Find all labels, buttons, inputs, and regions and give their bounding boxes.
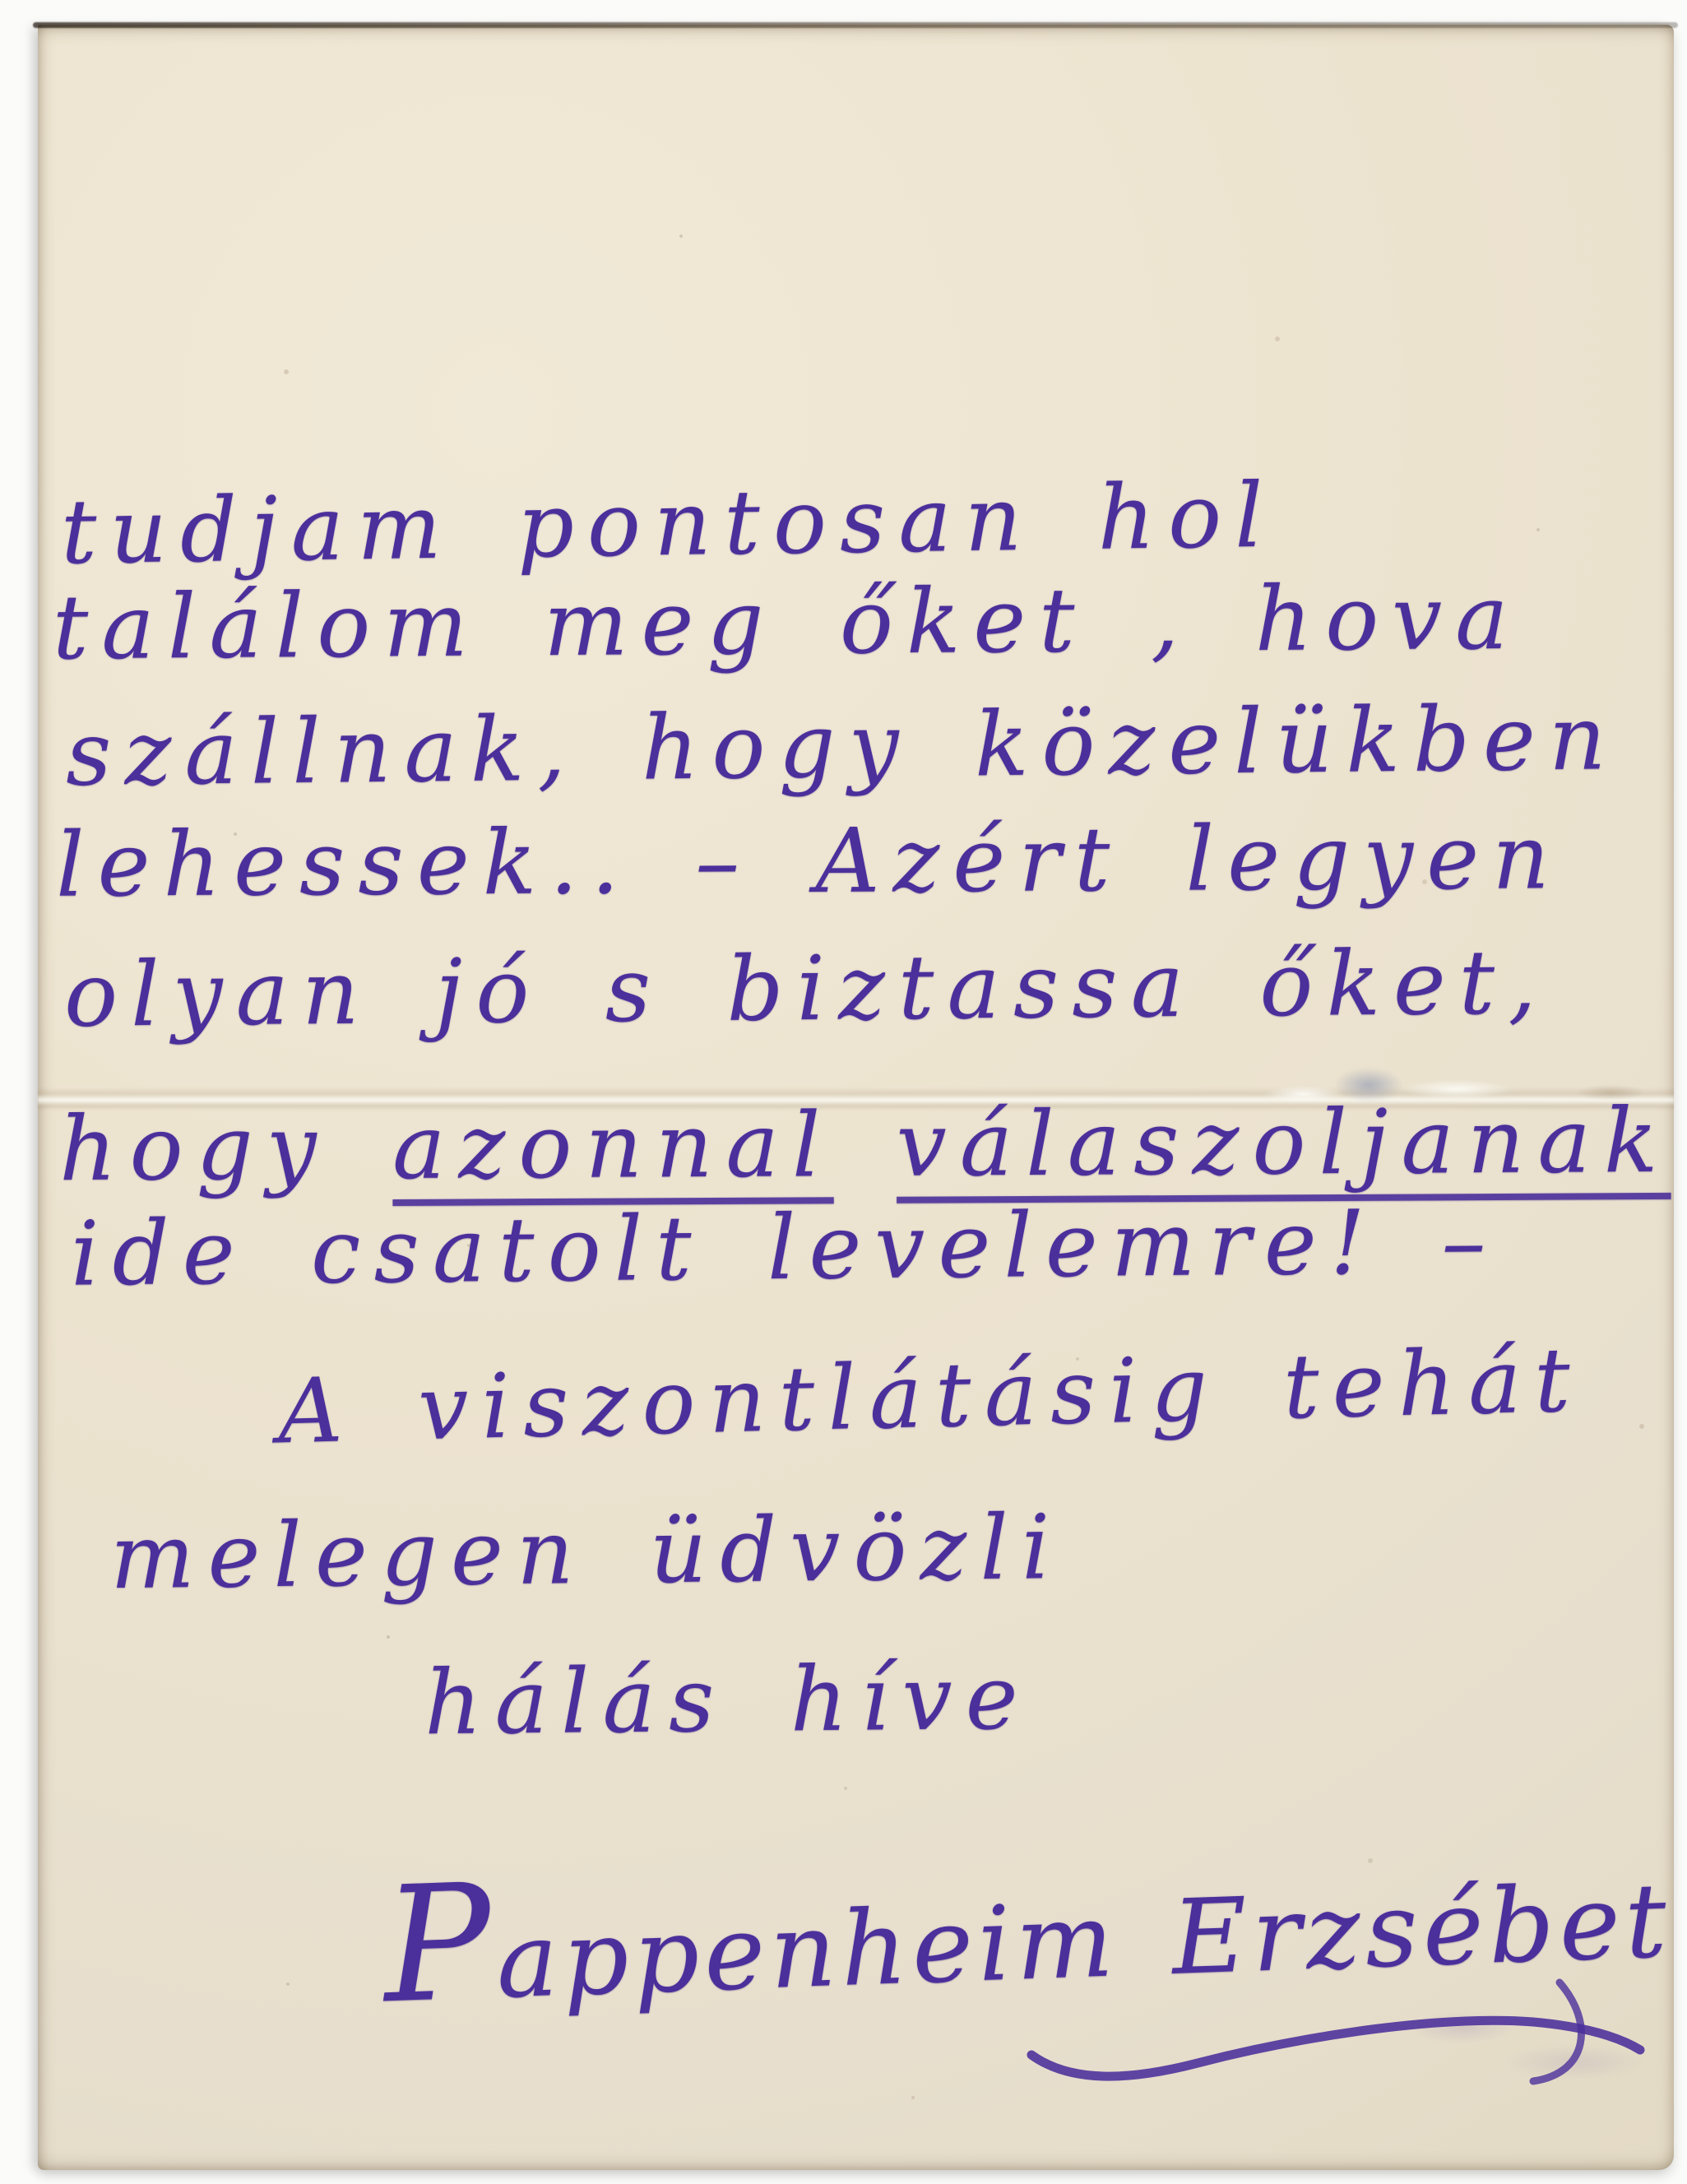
letter-line-1: tudjam pontosan hol	[60, 465, 1277, 585]
line-text: hogy	[59, 1097, 393, 1201]
letter-line-3: szállnak, hogy közelükben	[65, 687, 1620, 806]
letter-line-10: hálás híve	[424, 1647, 1031, 1755]
line-text: melegen üdvözli	[109, 1496, 1064, 1609]
line-text: lehessek.. – Azért legyen	[56, 806, 1563, 917]
letter-line-4: lehessek.. – Azért legyen	[56, 806, 1563, 917]
underlined-word: válaszoljanak	[896, 1090, 1671, 1197]
signature-flourish-stroke	[1031, 2020, 1640, 2076]
paper-top-edge-shadow	[33, 22, 1678, 28]
line-text: szállnak, hogy közelükben	[65, 687, 1620, 806]
line-text: hálás híve	[424, 1647, 1031, 1755]
letter-line-5: olyan jó s biztassa őket,	[63, 931, 1550, 1047]
line-text: ide csatolt levelemre! –	[70, 1190, 1499, 1305]
line-text: A viszontlátásig tehát	[277, 1329, 1585, 1464]
line-text: tudjam pontosan hol	[60, 465, 1277, 585]
letter-line-8: A viszontlátásig tehát	[277, 1329, 1585, 1464]
scanned-letter-page: tudjam pontosan hol találom meg őket , h…	[0, 0, 1687, 2184]
line-text	[833, 1094, 897, 1197]
letter-line-9: melegen üdvözli	[109, 1496, 1064, 1609]
letter-line-6: hogy azonnal válaszoljanak	[59, 1090, 1671, 1201]
letter-paper: tudjam pontosan hol találom meg őket , h…	[38, 25, 1674, 2170]
line-text: találom meg őket , hova	[53, 567, 1522, 679]
underlined-word: azonnal	[392, 1094, 834, 1199]
letter-line-2: találom meg őket , hova	[53, 567, 1522, 679]
line-text: olyan jó s biztassa őket,	[63, 931, 1550, 1047]
letter-line-7: ide csatolt levelemre! –	[70, 1190, 1499, 1305]
